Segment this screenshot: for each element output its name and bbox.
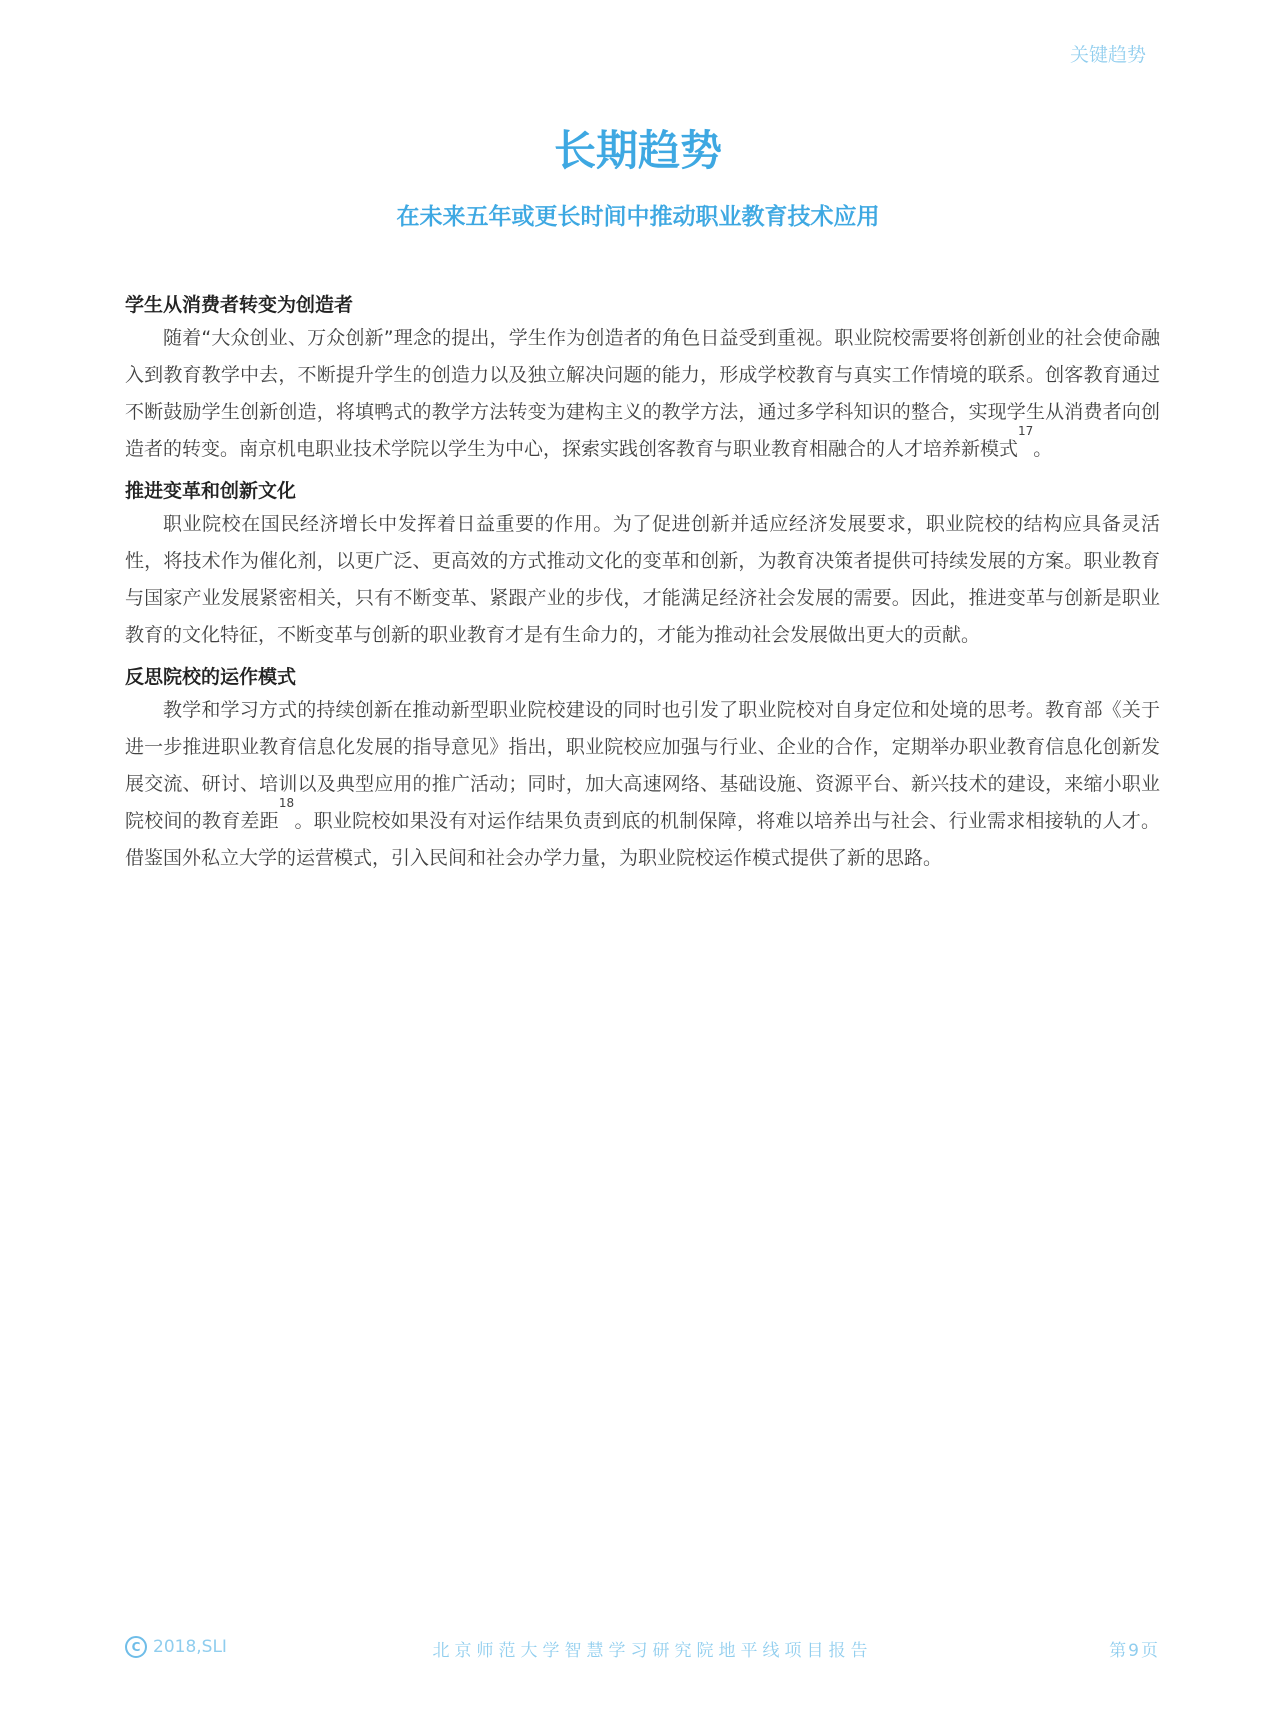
footnote-ref[interactable]: 17: [1018, 424, 1033, 438]
page-number: 第9页: [1109, 1636, 1160, 1661]
paragraph-tail: 。: [1033, 438, 1052, 460]
page-subtitle: 在未来五年或更长时间中推动职业教育技术应用: [0, 198, 1276, 231]
paragraph-text: 随着“大众创业、万众创新”理念的提出，学生作为创造者的角色日益受到重视。职业院校…: [125, 327, 1160, 460]
section-paragraph: 随着“大众创业、万众创新”理念的提出，学生作为创造者的角色日益受到重视。职业院校…: [125, 320, 1160, 468]
section-paragraph: 职业院校在国民经济增长中发挥着日益重要的作用。为了促进创新并适应经济发展要求，职…: [125, 506, 1160, 654]
footnote-ref[interactable]: 18: [279, 796, 294, 810]
page-footer: C 2018,SLI 北京师范大学智慧学习研究院地平线项目报告 第9页: [125, 1636, 1160, 1660]
main-content: 学生从消费者转变为创造者 随着“大众创业、万众创新”理念的提出，学生作为创造者的…: [125, 290, 1160, 885]
page-title: 长期趋势: [0, 118, 1276, 178]
section-paragraph: 教学和学习方式的持续创新在推动新型职业院校建设的同时也引发了职业院校对自身定位和…: [125, 692, 1160, 877]
section-students-creators: 学生从消费者转变为创造者 随着“大众创业、万众创新”理念的提出，学生作为创造者的…: [125, 290, 1160, 468]
footer-report-title: 北京师范大学智慧学习研究院地平线项目报告: [125, 1636, 1160, 1661]
section-institution-operating-model: 反思院校的运作模式 教学和学习方式的持续创新在推动新型职业院校建设的同时也引发了…: [125, 662, 1160, 877]
section-heading: 推进变革和创新文化: [125, 476, 1160, 506]
section-heading: 反思院校的运作模式: [125, 662, 1160, 692]
paragraph-tail: 。职业院校如果没有对运作结果负责到底的机制保障，将难以培养出与社会、行业需求相接…: [125, 810, 1160, 869]
section-change-innovation-culture: 推进变革和创新文化 职业院校在国民经济增长中发挥着日益重要的作用。为了促进创新并…: [125, 476, 1160, 654]
section-heading: 学生从消费者转变为创造者: [125, 290, 1160, 320]
running-header: 关键趋势: [1070, 40, 1146, 67]
